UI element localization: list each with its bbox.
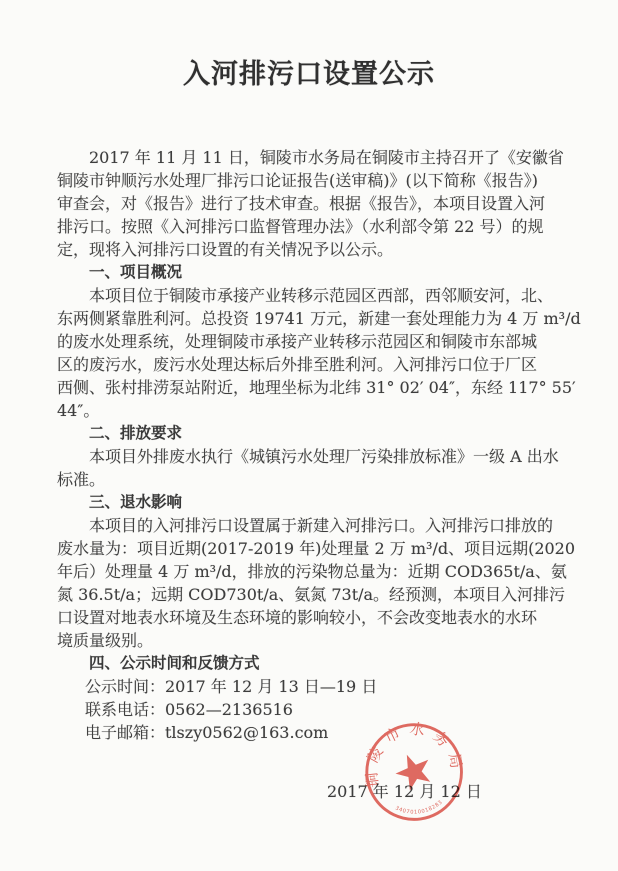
section-heading-discharge-requirements: 二、排放要求 (57, 422, 561, 445)
contact-email-line: 电子邮箱：tlszy0562@163.com (57, 721, 561, 744)
section-heading-project-overview: 一、项目概况 (57, 261, 561, 284)
contact-phone-line: 联系电话：0562—2136516 (57, 698, 561, 721)
seal-code-arc-text: 3407010018283 (393, 799, 445, 819)
paragraph-line: 2017 年 11 月 11 日，铜陵市水务局在铜陵市主持召开了《安徽省 (57, 146, 561, 169)
paragraph-line: 境质量级别。 (57, 629, 561, 652)
document-body: 2017 年 11 月 11 日，铜陵市水务局在铜陵市主持召开了《安徽省 铜陵市… (57, 146, 561, 744)
paragraph-line: 的废水处理系统，处理铜陵市承接产业转移示范园区和铜陵市东部城 (57, 330, 561, 353)
paragraph-line: 本项目外排废水执行《城镇污水处理厂污染排放标准》一级 A 出水 (57, 445, 561, 468)
seal-star-icon (390, 748, 436, 793)
document-page: 入河排污口设置公示 2017 年 11 月 11 日，铜陵市水务局在铜陵市主持召… (0, 0, 618, 871)
paragraph-line: 44″。 (57, 399, 561, 422)
publicity-period-line: 公示时间：2017 年 12 月 13 日—19 日 (57, 675, 561, 698)
official-seal: 铜陵市水务局 3407010018283 (355, 712, 472, 829)
paragraph-line: 标准。 (57, 468, 561, 491)
paragraph-line: 废水量为：项目近期(2017-2019 年)处理量 2 万 m³/d、项目远期(… (57, 537, 561, 560)
sign-date: 2017 年 12 月 12 日 (57, 779, 561, 802)
section-heading-publicity-feedback: 四、公示时间和反馈方式 (57, 652, 561, 675)
paragraph-line: 铜陵市钟顺污水处理厂排污口论证报告(送审稿)》(以下简称《报告》) (57, 169, 561, 192)
paragraph-line: 年后）处理量 4 万 m³/d，排放的污染物总量为：近期 COD365t/a、氨 (57, 560, 561, 583)
page-title: 入河排污口设置公示 (0, 52, 618, 91)
paragraph-line: 东两侧紧靠胜利河。总投资 19741 万元，新建一套处理能力为 4 万 m³/d (57, 307, 561, 330)
paragraph-line: 排污口。按照《入河排污口监督管理办法》（水利部令第 22 号）的规 (57, 215, 561, 238)
section-heading-water-impact: 三、退水影响 (57, 491, 561, 514)
paragraph-line: 本项目的入河排污口设置属于新建入河排污口。入河排污口排放的 (57, 514, 561, 537)
paragraph-line: 审查会，对《报告》进行了技术审查。根据《报告》，本项目设置入河 (57, 192, 561, 215)
paragraph-line: 本项目位于铜陵市承接产业转移示范园区西部，西邻顺安河，北、 (57, 284, 561, 307)
paragraph-line: 定，现将入河排污口设置的有关情况予以公示。 (57, 238, 561, 261)
paragraph-line: 氮 36.5t/a；远期 COD730t/a、氨氮 73t/a。经预测，本项目入… (57, 583, 561, 606)
paragraph-line: 区的废污水，废污水处理达标后外排至胜利河。入河排污口位于厂区 (57, 353, 561, 376)
svg-text:3407010018283: 3407010018283 (393, 799, 445, 819)
paragraph-line: 西侧、张村排涝泵站附近，地理坐标为北纬 31° 02′ 04″，东经 117° … (57, 376, 561, 399)
paragraph-line: 口设置对地表水环境及生态环境的影响较小，不会改变地表水的水环 (57, 606, 561, 629)
